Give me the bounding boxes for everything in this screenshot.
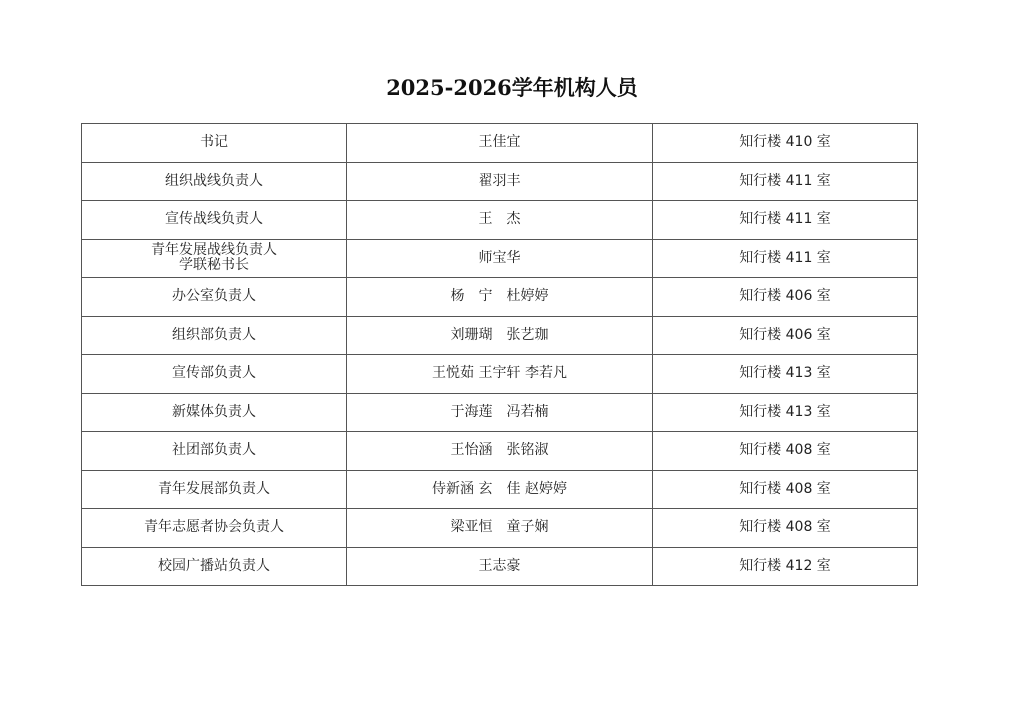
names-cell: 于海莲 冯若楠: [347, 393, 653, 432]
room-cell: 知行楼 408 室: [653, 432, 918, 471]
names-cell: 王志豪: [347, 547, 653, 586]
table-row: 宣传战线负责人王 杰知行楼 411 室: [82, 201, 918, 240]
role-cell: 青年发展战线负责人学联秘书长: [82, 239, 347, 278]
role-label: 宣传部负责人: [82, 366, 346, 381]
names-cell: 王 杰: [347, 201, 653, 240]
role-label: 青年志愿者协会负责人: [82, 520, 346, 535]
names-cell: 师宝华: [347, 239, 653, 278]
room-cell: 知行楼 408 室: [653, 470, 918, 509]
room-cell: 知行楼 406 室: [653, 278, 918, 317]
role-label: 办公室负责人: [82, 289, 346, 304]
names-cell: 王佳宜: [347, 124, 653, 163]
table-row: 青年发展部负责人侍新涵 玄 佳 赵婷婷知行楼 408 室: [82, 470, 918, 509]
room-cell: 知行楼 411 室: [653, 239, 918, 278]
role-cell: 组织战线负责人: [82, 162, 347, 201]
room-cell: 知行楼 411 室: [653, 162, 918, 201]
room-cell: 知行楼 411 室: [653, 201, 918, 240]
table-row: 组织部负责人刘珊瑚 张艺珈知行楼 406 室: [82, 316, 918, 355]
names-cell: 侍新涵 玄 佳 赵婷婷: [347, 470, 653, 509]
role-label: 组织部负责人: [82, 328, 346, 343]
names-cell: 王悦茹 王宇轩 李若凡: [347, 355, 653, 394]
role-label: 宣传战线负责人: [82, 212, 346, 227]
role-cell: 青年发展部负责人: [82, 470, 347, 509]
room-cell: 知行楼 413 室: [653, 393, 918, 432]
role-cell: 宣传部负责人: [82, 355, 347, 394]
role-cell: 组织部负责人: [82, 316, 347, 355]
room-cell: 知行楼 410 室: [653, 124, 918, 163]
room-cell: 知行楼 413 室: [653, 355, 918, 394]
role-label: 学联秘书长: [82, 258, 346, 273]
role-cell: 书记: [82, 124, 347, 163]
names-cell: 梁亚恒 童子娴: [347, 509, 653, 548]
table-row: 青年发展战线负责人学联秘书长师宝华知行楼 411 室: [82, 239, 918, 278]
room-cell: 知行楼 412 室: [653, 547, 918, 586]
role-cell: 青年志愿者协会负责人: [82, 509, 347, 548]
names-cell: 杨 宁 杜婷婷: [347, 278, 653, 317]
room-cell: 知行楼 408 室: [653, 509, 918, 548]
table-row: 青年志愿者协会负责人梁亚恒 童子娴知行楼 408 室: [82, 509, 918, 548]
names-cell: 翟羽丰: [347, 162, 653, 201]
names-cell: 王怡涵 张铭淑: [347, 432, 653, 471]
table-row: 社团部负责人王怡涵 张铭淑知行楼 408 室: [82, 432, 918, 471]
room-cell: 知行楼 406 室: [653, 316, 918, 355]
role-label: 组织战线负责人: [82, 174, 346, 189]
role-label: 校园广播站负责人: [82, 559, 346, 574]
table-row: 新媒体负责人于海莲 冯若楠知行楼 413 室: [82, 393, 918, 432]
role-label: 书记: [82, 135, 346, 150]
table-row: 书记王佳宜知行楼 410 室: [82, 124, 918, 163]
table-row: 组织战线负责人翟羽丰知行楼 411 室: [82, 162, 918, 201]
roster-table: 书记王佳宜知行楼 410 室组织战线负责人翟羽丰知行楼 411 室宣传战线负责人…: [81, 123, 918, 586]
role-cell: 新媒体负责人: [82, 393, 347, 432]
role-label: 青年发展部负责人: [82, 482, 346, 497]
role-label: 社团部负责人: [82, 443, 346, 458]
role-label: 青年发展战线负责人: [82, 243, 346, 258]
role-cell: 办公室负责人: [82, 278, 347, 317]
table-row: 宣传部负责人王悦茹 王宇轩 李若凡知行楼 413 室: [82, 355, 918, 394]
names-cell: 刘珊瑚 张艺珈: [347, 316, 653, 355]
role-cell: 社团部负责人: [82, 432, 347, 471]
role-label: 新媒体负责人: [82, 405, 346, 420]
role-cell: 校园广播站负责人: [82, 547, 347, 586]
roster-table-body: 书记王佳宜知行楼 410 室组织战线负责人翟羽丰知行楼 411 室宣传战线负责人…: [82, 124, 918, 586]
table-row: 校园广播站负责人王志豪知行楼 412 室: [82, 547, 918, 586]
page-title: 2025-2026学年机构人员: [0, 72, 1024, 102]
role-cell: 宣传战线负责人: [82, 201, 347, 240]
table-row: 办公室负责人杨 宁 杜婷婷知行楼 406 室: [82, 278, 918, 317]
